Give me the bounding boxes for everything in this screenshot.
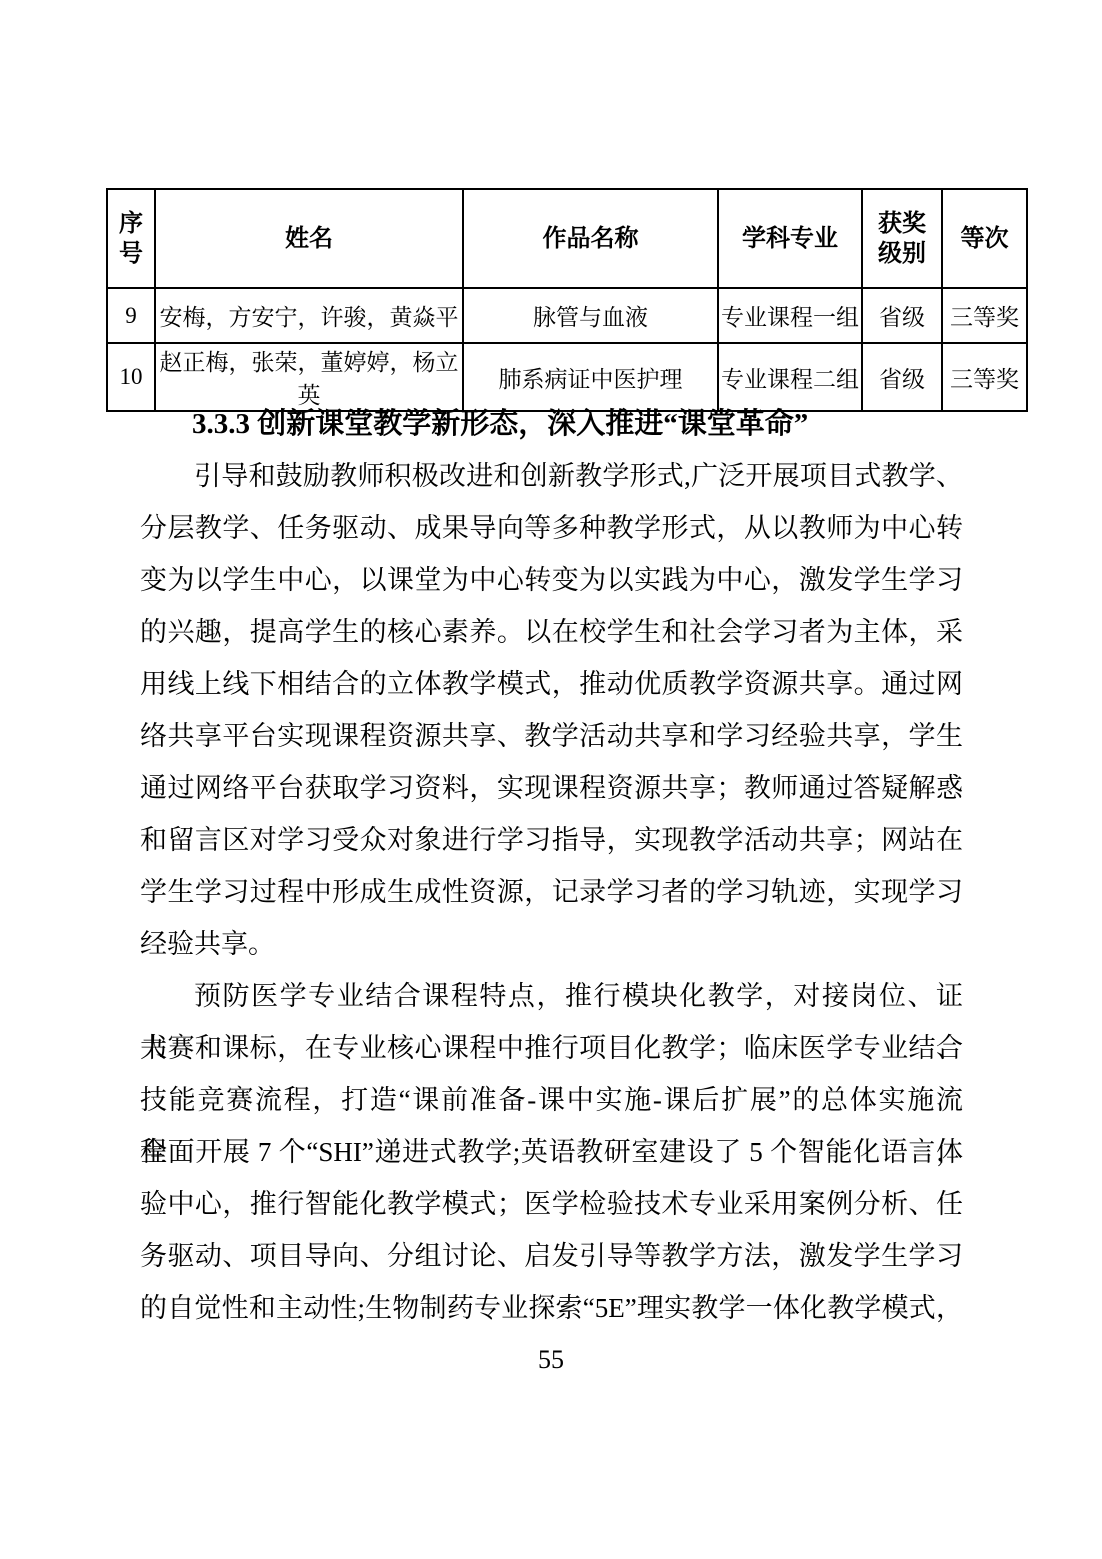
header-cell-no: 序 号 bbox=[107, 189, 155, 288]
cell-work: 脉管与血液 bbox=[463, 288, 718, 343]
paragraph-line: 的自觉性和主动性;生物制药专业探索“5E”理实教学一体化教学模式， bbox=[140, 1282, 963, 1334]
paragraph-line: 用线上线下相结合的立体教学模式，推动优质教学资源共享。通过网 bbox=[140, 658, 963, 710]
page-number: 55 bbox=[0, 1340, 1102, 1380]
paragraph-line: 预防医学专业结合课程特点，推行模块化教学，对接岗位、证书、 bbox=[140, 970, 963, 1022]
paragraph-line: 验中心，推行智能化教学模式；医学检验技术专业采用案例分析、任 bbox=[140, 1178, 963, 1230]
paragraph-line: 务驱动、项目导向、分组讨论、启发引导等教学方法，激发学生学习 bbox=[140, 1230, 963, 1282]
header-cell-subject: 学科专业 bbox=[718, 189, 862, 288]
table-row: 9 安梅，方安宁，许骏，黄焱平 脉管与血液 专业课程一组 省级 三等奖 bbox=[107, 288, 1027, 343]
cell-rank: 三等奖 bbox=[942, 288, 1027, 343]
section-heading: 3.3.3 创新课堂教学新形态，深入推进“课堂革命” bbox=[140, 398, 963, 450]
cell-level: 省级 bbox=[862, 288, 942, 343]
cell-no: 9 bbox=[107, 288, 155, 343]
paragraph-line: 学生学习过程中形成生成性资源，记录学习者的学习轨迹，实现学习 bbox=[140, 866, 963, 918]
paragraph-line: 和留言区对学习受众对象进行学习指导，实现教学活动共享；网站在 bbox=[140, 814, 963, 866]
document-page: 序 号 姓名 作品名称 学科专业 获奖 级别 等次 9 安梅，方安宁，许骏，黄焱… bbox=[0, 0, 1102, 1559]
cell-names: 安梅，方安宁，许骏，黄焱平 bbox=[155, 288, 463, 343]
header-cell-level: 获奖 级别 bbox=[862, 189, 942, 288]
header-cell-names: 姓名 bbox=[155, 189, 463, 288]
header-cell-work: 作品名称 bbox=[463, 189, 718, 288]
paragraph-line: 变为以学生中心，以课堂为中心转变为以实践为中心，激发学生学习 bbox=[140, 554, 963, 606]
paragraph-line: 经验共享。 bbox=[140, 918, 963, 970]
table-header-row: 序 号 姓名 作品名称 学科专业 获奖 级别 等次 bbox=[107, 189, 1027, 288]
awards-table: 序 号 姓名 作品名称 学科专业 获奖 级别 等次 9 安梅，方安宁，许骏，黄焱… bbox=[106, 188, 1028, 412]
paragraph-line: 引导和鼓励教师积极改进和创新教学形式,广泛开展项目式教学、 bbox=[140, 450, 963, 502]
paragraph-line: 通过网络平台获取学习资料，实现课程资源共享；教师通过答疑解惑 bbox=[140, 762, 963, 814]
body-content: 3.3.3 创新课堂教学新形态，深入推进“课堂革命” 引导和鼓励教师积极改进和创… bbox=[140, 398, 963, 1334]
paragraph-line: 大赛和课标，在专业核心课程中推行项目化教学；临床医学专业结合 bbox=[140, 1022, 963, 1074]
cell-subject: 专业课程一组 bbox=[718, 288, 862, 343]
paragraph-line: 的兴趣，提高学生的核心素养。以在校学生和社会学习者为主体，采 bbox=[140, 606, 963, 658]
paragraph-line: 技能竞赛流程，打造“课前准备-课中实施-课后扩展”的总体实施流程， bbox=[140, 1074, 963, 1126]
paragraph-line: 分层教学、任务驱动、成果导向等多种教学形式，从以教师为中心转 bbox=[140, 502, 963, 554]
header-cell-rank: 等次 bbox=[942, 189, 1027, 288]
paragraph-line: 全面开展 7 个“SHI”递进式教学;英语教研室建设了 5 个智能化语言体 bbox=[140, 1126, 963, 1178]
paragraph-line: 络共享平台实现课程资源共享、教学活动共享和学习经验共享，学生 bbox=[140, 710, 963, 762]
